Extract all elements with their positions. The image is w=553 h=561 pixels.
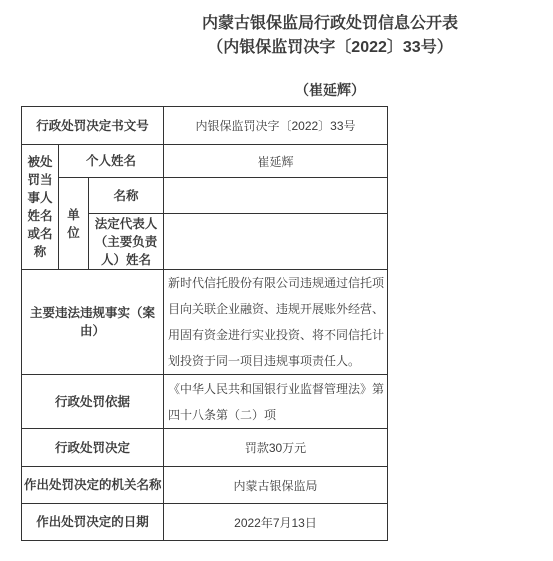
page-title: 内蒙古银保监局行政处罚信息公开表: [107, 12, 553, 36]
decision-value: 罚款30万元: [164, 429, 388, 467]
authority-label: 作出处罚决定的机关名称: [22, 467, 164, 504]
doc-number-value: 内银保监罚决字〔2022〕33号: [164, 107, 388, 145]
table-row-unit-name: 单 位 名称: [22, 178, 388, 214]
decision-label: 行政处罚决定: [22, 429, 164, 467]
table-row-date: 作出处罚决定的日期 2022年7月13日: [22, 504, 388, 541]
penalized-person-name: （崔延辉）: [107, 80, 553, 101]
legal-rep-label: 法定代表人 （主要负责 人）姓名: [89, 214, 164, 270]
personal-name-value: 崔延辉: [164, 145, 388, 178]
personal-name-label: 个人姓名: [59, 145, 164, 178]
unit-name-label: 名称: [89, 178, 164, 214]
table-row-decision: 行政处罚决定 罚款30万元: [22, 429, 388, 467]
authority-value: 内蒙古银保监局: [164, 467, 388, 504]
table-row-facts: 主要违法违规事实（案 由） 新时代信托股份有限公司违规通过信托项目向关联企业融资…: [22, 270, 388, 375]
table-row-personal-name: 被处 罚当 事人 姓名 或名 称 个人姓名 崔延辉: [22, 145, 388, 178]
facts-value: 新时代信托股份有限公司违规通过信托项目向关联企业融资、违规开展账外经营、用固有资…: [164, 270, 388, 375]
facts-label: 主要违法违规事实（案 由）: [22, 270, 164, 375]
legal-rep-value: [164, 214, 388, 270]
table-row-doc-number: 行政处罚决定书文号 内银保监罚决字〔2022〕33号: [22, 107, 388, 145]
page-subtitle-doc-number: （内银保监罚决字〔2022〕33号）: [107, 36, 553, 60]
penalty-info-table: 行政处罚决定书文号 内银保监罚决字〔2022〕33号 被处 罚当 事人 姓名 或…: [21, 106, 388, 541]
unit-name-value: [164, 178, 388, 214]
table-row-basis: 行政处罚依据 《中华人民共和国银行业监督管理法》第四十八条第（二）项: [22, 375, 388, 429]
table-row-authority: 作出处罚决定的机关名称 内蒙古银保监局: [22, 467, 388, 504]
basis-label: 行政处罚依据: [22, 375, 164, 429]
party-name-label: 被处 罚当 事人 姓名 或名 称: [22, 145, 59, 270]
document-header: 内蒙古银保监局行政处罚信息公开表 （内银保监罚决字〔2022〕33号） （崔延辉…: [107, 0, 553, 101]
doc-number-label: 行政处罚决定书文号: [22, 107, 164, 145]
basis-value: 《中华人民共和国银行业监督管理法》第四十八条第（二）项: [164, 375, 388, 429]
unit-label: 单 位: [59, 178, 89, 270]
date-label: 作出处罚决定的日期: [22, 504, 164, 541]
date-value: 2022年7月13日: [164, 504, 388, 541]
